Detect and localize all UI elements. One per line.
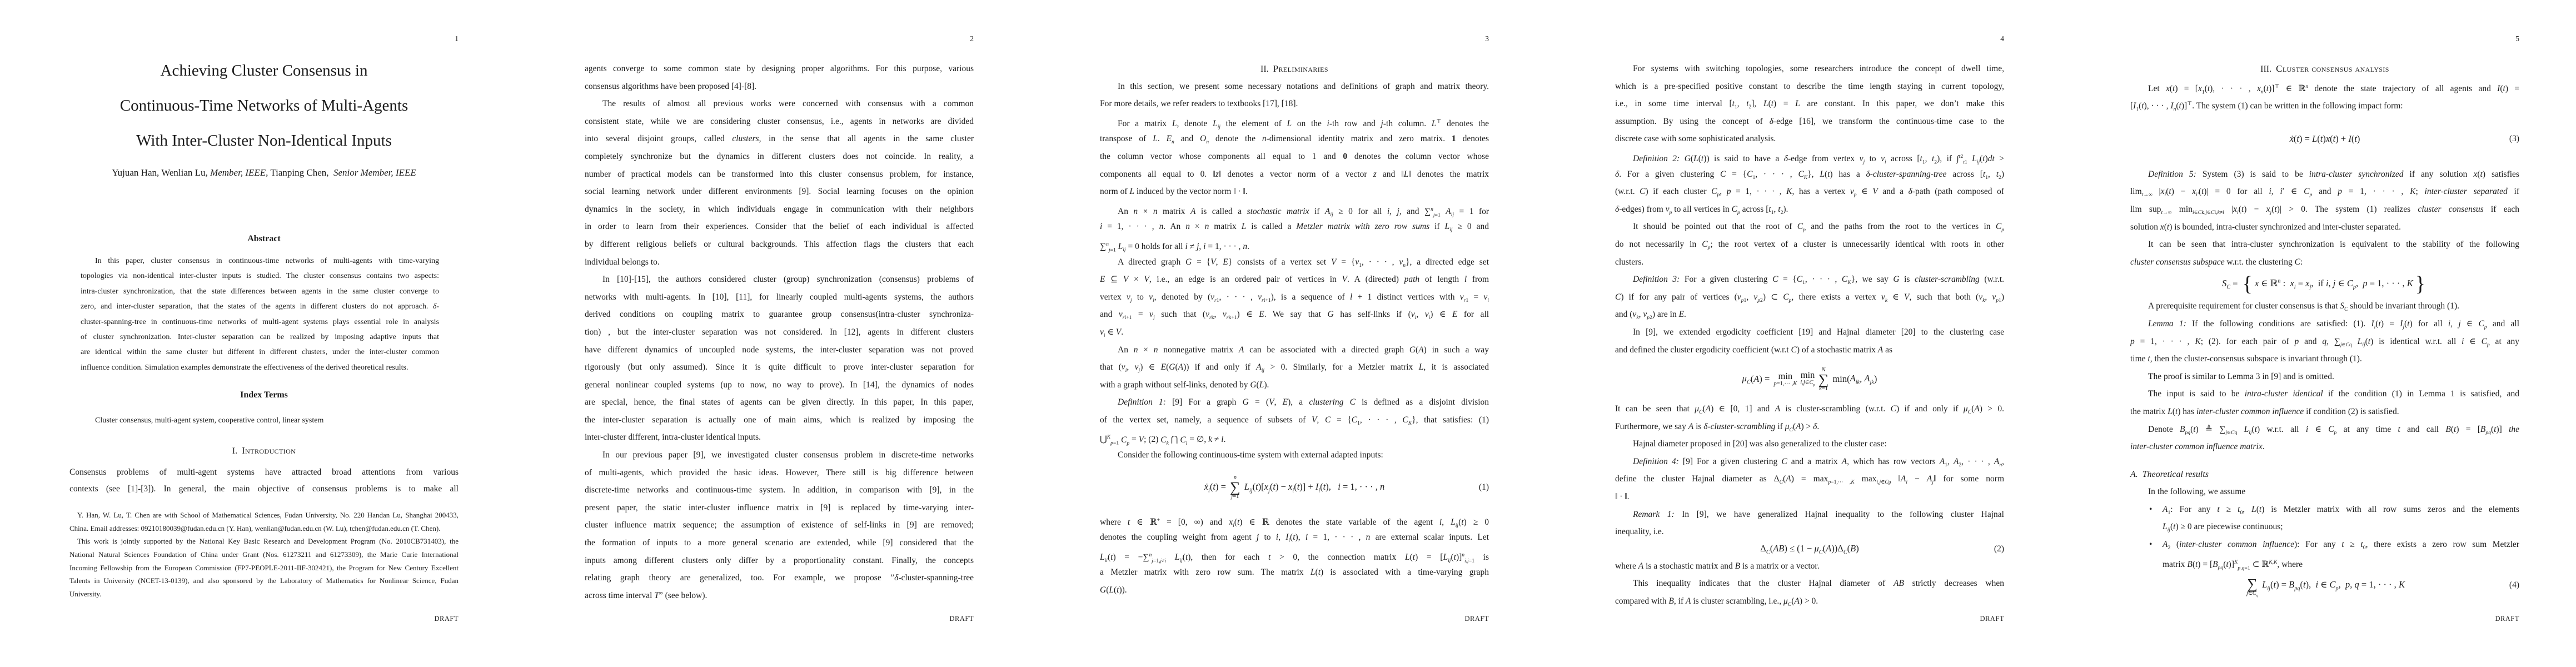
text-line: Denote Bpq(t) ≜ ∑j∈Cq Lij(t) w.r.t. all … <box>2130 421 2519 439</box>
text-line: in order to learn from their experiences… <box>585 218 974 236</box>
text-line: [I1(t), · · · , In(t)]⊤. The system (1) … <box>2130 95 2519 113</box>
equation-number: (4) <box>2509 580 2519 590</box>
text-line: In this section, we present some necessa… <box>1100 78 1489 96</box>
text-line: consistent state, while we are consideri… <box>585 113 974 131</box>
text-line: δ. For a given clustering C = {C1, · · ·… <box>1615 166 2004 183</box>
index-terms-heading: Index Terms <box>69 390 459 401</box>
page-4: 4For systems with switching topologies, … <box>1546 0 2061 667</box>
page-5: 5III. Cluster consensus analysisLet x(t)… <box>2061 0 2576 667</box>
text-line: It should be pointed out that the root o… <box>1615 218 2004 236</box>
text-line: the matrix L(t) has inter-cluster common… <box>2130 403 2519 421</box>
text-line: In this paper, cluster consensus in cont… <box>81 253 439 268</box>
text-line: solution x(t) is bounded, intra-cluster … <box>2130 218 2519 236</box>
draft-footer: DRAFT <box>1615 615 2004 623</box>
equation-body: SC = {x ∈ ℝn : xi = xj, if i, j ∈ Cp, p … <box>2222 278 2428 290</box>
text-line: cluster consensus subspace w.r.t. the cl… <box>2130 253 2519 271</box>
text-line: inter-cluster common influence matrix. <box>2130 438 2519 456</box>
text-line: where t ∈ ℝ+ = [0, ∞) and xi(t) ∈ ℝ deno… <box>1100 511 1489 529</box>
text-line: across time interval T” (see below). <box>585 587 974 605</box>
text-line: networks with multi-agents. In [10], [11… <box>585 288 974 306</box>
text-line: For more details, we refer readers to te… <box>1100 95 1489 113</box>
page-content: For systems with switching topologies, s… <box>1615 60 2004 610</box>
text-line: Definition 1: [9] For a graph G = (V, E)… <box>1100 394 1489 411</box>
spacer <box>69 180 459 233</box>
text-line: G(L(t)). <box>1100 581 1489 599</box>
text-line: number of practical models can be transf… <box>585 166 974 183</box>
text-line: tion) , but the inter-cluster separation… <box>585 323 974 341</box>
text-line: An n × n nonnegative matrix A can be ass… <box>1100 341 1489 359</box>
text-line: An n × n matrix A is called a stochastic… <box>1100 201 1489 218</box>
spacer <box>69 375 459 390</box>
text-line: Furthermore, we say A is δ-cluster-scram… <box>1615 418 2004 436</box>
spacer <box>69 158 459 166</box>
text-line: denotes the coupling weight from agent j… <box>1100 529 1489 546</box>
text-line: Definition 5: System (3) is said to be i… <box>2130 166 2519 183</box>
text-line: In [9], we extended ergodicity coefficie… <box>1615 323 2004 341</box>
text-line: derived conditions on coupling matrix to… <box>585 306 974 323</box>
text-line: A directed graph G = {V, E} consists of … <box>1100 253 1489 271</box>
text-line: and vrl+1 = vj such that (vrk, vrk+1) ∈ … <box>1100 306 1489 323</box>
text-line: Definition 3: For a given clustering C =… <box>1615 271 2004 288</box>
text-line: where A is a stochastic matrix and B is … <box>1615 558 2004 575</box>
text-line: norm of L induced by the vector norm ‖ ·… <box>1100 183 1489 201</box>
text-line: that (vi, vj) ∈ E(G(A)) if and only if A… <box>1100 359 1489 376</box>
text-line: of multi-agents, which provided the basi… <box>585 464 974 482</box>
page-number: 3 <box>1100 34 1489 43</box>
text-line: i = 1, · · · , n. An n × n matrix L is c… <box>1100 218 1489 236</box>
footnote-line: Y. Han, W. Lu, T. Chen are with School o… <box>69 509 459 522</box>
section-heading: II. Preliminaries <box>1100 60 1489 78</box>
text-line: Lemma 1: If the following conditions are… <box>2130 315 2519 333</box>
text-line: δ-edges) from vp to all vertices in Cp a… <box>1615 201 2004 218</box>
text-line: the inter-cluster separation is actually… <box>585 411 974 429</box>
spacer <box>69 429 459 444</box>
text-line: rigorously (but only assumed). Since it … <box>585 359 974 376</box>
text-line: transpose of L. En and On denote the n-d… <box>1100 130 1489 148</box>
equation: ∑j∈Cq Lij(t) = Bpq(t), i ∈ Cp, p, q = 1,… <box>2130 571 2519 600</box>
text-line: influence condition. Simulation examples… <box>81 360 439 375</box>
equation: ẋ(t) = L(t)x(t) + I(t)(3) <box>2130 113 2519 166</box>
text-line: the formation of inputs to a more genera… <box>585 534 974 552</box>
text-line: Definition 2: G(L(t)) is said to have a … <box>1615 148 2004 166</box>
text-line: consensus algorithms have been proposed … <box>585 78 974 96</box>
text-line: It can be seen that intra-cluster synchr… <box>2130 236 2519 253</box>
spacer <box>69 245 459 253</box>
text-line: time t, then the cluster-consensus subsp… <box>2130 350 2519 368</box>
text-line: with a graph without self-links, denoted… <box>1100 376 1489 394</box>
equation-body: ẋi(t) = n∑j=1 Lij(t)[xj(t) − xi(t)] + Ii… <box>1204 475 1385 500</box>
paper-strip: arXiv:1405.4447v1 [math.DS] 17 May 2014 … <box>0 0 2576 667</box>
page-2: 2agents converge to some common state by… <box>515 0 1030 667</box>
text-line: This inequality indicates that the clust… <box>1615 575 2004 593</box>
equation-body: ẋ(t) = L(t)x(t) + I(t) <box>2290 133 2360 145</box>
equation-body: μC(A) = minp=1,··· ,Kmini,j∈CpN∑k=1 min(… <box>1742 367 1877 392</box>
text-line: ∑nj=1 Lij = 0 holds for all i ≠ j, i = 1… <box>1100 236 1489 253</box>
text-line: Definition 4: [9] For a given clustering… <box>1615 453 2004 471</box>
text-line: components all equal to 0. ‖z‖ denotes a… <box>1100 166 1489 183</box>
text-line: In [10]-[15], the authors considered clu… <box>585 271 974 288</box>
text-line: contexts (see [1]-[3]). In general, the … <box>69 481 459 497</box>
text-line: compared with B, if A is cluster scrambl… <box>1615 593 2004 610</box>
text-line: In the following, we assume <box>2130 483 2519 501</box>
page-number: 4 <box>1615 34 2004 43</box>
spacer <box>69 457 459 464</box>
equation-number: (1) <box>1479 482 1489 492</box>
equation-number: (3) <box>2509 134 2519 144</box>
page-content: Achieving Cluster Consensus inContinuous… <box>69 49 459 601</box>
equation: μC(A) = minp=1,··· ,Kmini,j∈CpN∑k=1 min(… <box>1615 359 2004 400</box>
spacer <box>69 497 459 509</box>
text-line: Consider the following continuous-time s… <box>1100 446 1489 464</box>
assumption-item: A2 (inter-cluster common influence): For… <box>2130 536 2519 554</box>
text-line: define the cluster Hajnal diameter as ΔC… <box>1615 470 2004 488</box>
page-number: 2 <box>585 34 974 43</box>
text-line: (w.r.t. C) if each cluster Cp, p = 1, · … <box>1615 183 2004 201</box>
text-line: which is a pre-specified positive consta… <box>1615 78 2004 96</box>
text-line: The input is said to be intra-cluster id… <box>2130 385 2519 403</box>
text-line: inequality, i.e. <box>1615 523 2004 541</box>
text-line: A prerequisite requirement for cluster c… <box>2130 297 2519 315</box>
text-line: lim supt→∞ mini∈Ck,j∈Cl,k≠l |xi(t) − xj(… <box>2130 201 2519 218</box>
subsection-heading: A. Theoretical results <box>2130 466 2519 484</box>
text-line: of cluster synchronization. Inter-cluste… <box>81 330 439 345</box>
section-heading: III. Cluster consensus analysis <box>2130 60 2519 78</box>
text-line: In our previous paper [9], we investigat… <box>585 446 974 464</box>
footnote-line: China. Email addresses: 09210180039@fuda… <box>69 522 459 535</box>
text-line: C) if for any pair of vertices (vp1, vp2… <box>1615 288 2004 306</box>
footnote-line: This work is jointly supported by the Na… <box>69 535 459 548</box>
paper-title-line: Continuous-Time Networks of Multi-Agents <box>69 88 459 123</box>
footnote-line: Talents in University (NCET-13-0139), an… <box>69 574 459 588</box>
text-line: Remark 1: In [9], we have generalized Ha… <box>1615 506 2004 524</box>
text-line: It can be seen that μC(A) ∈ [0, 1] and A… <box>1615 400 2004 418</box>
text-line: present paper, the static inter-cluster … <box>585 499 974 517</box>
text-line: a Metzler matrix with zero row sum. The … <box>1100 564 1489 581</box>
text-line: individual belongs to. <box>585 253 974 271</box>
text-line: agents converge to some common state by … <box>585 60 974 78</box>
page-1: 1Achieving Cluster Consensus inContinuou… <box>0 0 515 667</box>
section-heading: I. Introduction <box>69 444 459 457</box>
page-content: agents converge to some common state by … <box>585 60 974 604</box>
text-line: and defined the cluster ergodicity coeff… <box>1615 341 2004 359</box>
text-line: Consensus problems of multi-agent system… <box>69 464 459 481</box>
paper-title-line: Achieving Cluster Consensus in <box>69 53 459 88</box>
text-line: p = 1, · · · , K; (2). for each pair of … <box>2130 333 2519 351</box>
text-line: Cluster consensus, multi-agent system, c… <box>81 413 439 428</box>
text-line: E ⊆ V × V, i.e., an edge is an ordered p… <box>1100 271 1489 288</box>
abstract-heading: Abstract <box>69 233 459 245</box>
paper-title-line: With Inter-Cluster Non-Identical Inputs <box>69 123 459 158</box>
assumption-item: Lij(t) ≥ 0 are piecewise continuous; <box>2130 518 2519 536</box>
text-line: cluster influence matrix sequence; the a… <box>585 516 974 534</box>
draft-footer: DRAFT <box>585 615 974 623</box>
text-line: are identical within the same cluster bu… <box>81 345 439 360</box>
text-line: vi ∈ V. <box>1100 323 1489 341</box>
equation: SC = {x ∈ ℝn : xi = xj, if i, j ∈ Cp, p … <box>2130 271 2519 297</box>
text-line: social learning network under different … <box>585 183 974 201</box>
equation-body: ∑j∈Cq Lij(t) = Bpq(t), i ∈ Cp, p, q = 1,… <box>2245 572 2405 599</box>
draft-footer: DRAFT <box>69 615 459 623</box>
page-number: 1 <box>69 34 459 43</box>
assumption-item: matrix B(t) = [Bpq(t)]Kp,q=1 ⊂ ℝK,K, whe… <box>2130 554 2519 571</box>
draft-footer: DRAFT <box>1100 615 1489 623</box>
spacer <box>2130 456 2519 466</box>
text-line: have different dynamics of uncoupled nod… <box>585 341 974 359</box>
text-line: inter-cluster different, intra-cluster i… <box>585 429 974 446</box>
footnote-line: National Natural Sciences Foundation of … <box>69 548 459 561</box>
text-line: The results of almost all previous works… <box>585 95 974 113</box>
assumption-item: A1: For any t ≥ t0, L(t) is Metzler matr… <box>2130 501 2519 519</box>
paper-authors: Yujuan Han, Wenlian Lu, Member, IEEE, Ti… <box>69 166 459 180</box>
text-line: relating graph theory are generalized, t… <box>585 569 974 587</box>
pages-container: 1Achieving Cluster Consensus inContinuou… <box>0 0 2576 667</box>
footnote-line: Incoming Fellowship from the European Co… <box>69 561 459 575</box>
text-line: inputs among different clusters only dif… <box>585 552 974 570</box>
equation: ΔC(AB) ≤ (1 − μC(A))ΔC(B)(2) <box>1615 541 2004 558</box>
footnote-line: University. <box>69 588 459 601</box>
page-number: 5 <box>2130 34 2519 43</box>
text-line: ⋃Kp=1 Cp = V; (2) Ck ⋂ Cl = ∅, k ≠ l. <box>1100 429 1489 446</box>
spacer <box>69 49 459 53</box>
text-line: clusters. <box>1615 253 2004 271</box>
text-line: vertex vj to vi, denoted by (vr1, · · · … <box>1100 288 1489 306</box>
text-line: intra-cluster synchronization, that the … <box>81 284 439 299</box>
equation-body: ΔC(AB) ≤ (1 − μC(A))ΔC(B) <box>1760 543 1858 555</box>
equation: ẋi(t) = n∑j=1 Lij(t)[xj(t) − xi(t)] + Ii… <box>1100 464 1489 511</box>
text-line: discrete case with some sophisticated an… <box>1615 130 2004 148</box>
text-line: zero, and inter-cluster separation, that… <box>81 299 439 314</box>
text-line: topologies via non-identical inter-clust… <box>81 268 439 283</box>
text-line: assumption. By using the concept of δ-ed… <box>1615 113 2004 131</box>
text-line: dynamics in the society, in which indivi… <box>585 201 974 218</box>
text-line: completely synchronize but the dynamics … <box>585 148 974 166</box>
draft-footer: DRAFT <box>2130 615 2519 623</box>
text-line: and (vk, vp2) are in E. <box>1615 306 2004 323</box>
text-line: For systems with switching topologies, s… <box>1615 60 2004 78</box>
equation-number: (2) <box>1994 544 2004 554</box>
text-line: limt→∞ |xi(t) − xi′(t)| = 0 for all i, i… <box>2130 183 2519 201</box>
text-line: are special, hence, the final states of … <box>585 394 974 411</box>
text-line: the column vector whose components all e… <box>1100 148 1489 166</box>
page-content: II. PreliminariesIn this section, we pre… <box>1100 60 1489 599</box>
text-line: Hajnal diameter proposed in [20] was als… <box>1615 435 2004 453</box>
text-line: The proof is similar to Lemma 3 in [9] a… <box>2130 368 2519 386</box>
text-line: Let x(t) = [x1(t), · · · , xn(t)]⊤ ∈ ℝn … <box>2130 78 2519 96</box>
text-line: For a matrix L, denote Lij the element o… <box>1100 113 1489 131</box>
page-content: III. Cluster consensus analysisLet x(t) … <box>2130 60 2519 600</box>
text-line: general nonlinear coupled systems (up to… <box>585 376 974 394</box>
text-line: Lii(t) = −∑nj=1,j≠i Lij(t), then for eac… <box>1100 546 1489 564</box>
text-line: cluster-spanning-tree in continuous-time… <box>81 315 439 330</box>
text-line: into several disjoint groups, called clu… <box>585 130 974 148</box>
page-3: 3II. PreliminariesIn this section, we pr… <box>1030 0 1546 667</box>
text-line: of the vertex set, namely, a sequence of… <box>1100 411 1489 429</box>
spacer <box>69 401 459 413</box>
text-line: discrete-time networks and continuous-ti… <box>585 481 974 499</box>
text-line: ‖ · ‖. <box>1615 488 2004 506</box>
text-line: do not necessarily in Cp; the root verte… <box>1615 236 2004 253</box>
text-line: i.e., in some time interval [t1, t2], L(… <box>1615 95 2004 113</box>
text-line: by different religious beliefs or cultur… <box>585 236 974 253</box>
